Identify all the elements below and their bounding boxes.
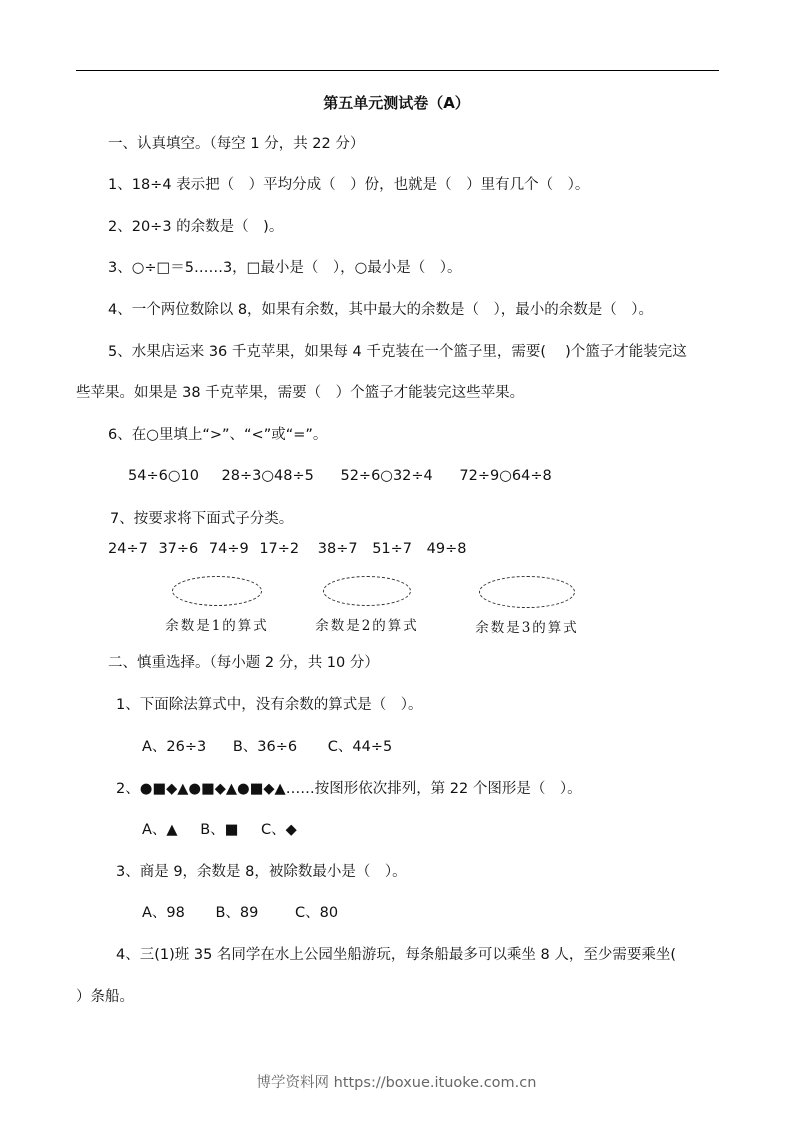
- compare-item: 52÷6○32÷4: [340, 468, 432, 484]
- option-c[interactable]: C、◆: [261, 822, 297, 838]
- question-2-4-line1: 4、三(1)班 35 名同学在水上公园坐船游玩，每条船最多可以乘坐 8 人，至少…: [116, 945, 676, 965]
- option-a[interactable]: A、26÷3: [142, 739, 206, 755]
- option-a[interactable]: A、98: [142, 905, 185, 921]
- expression-item: 38÷7: [318, 541, 358, 557]
- question-2-3-options: A、98 B、89 C、80: [142, 903, 338, 923]
- expression-item: 51÷7: [372, 541, 412, 557]
- section1-heading: 一、认真填空。（每空 1 分，共 22 分）: [108, 134, 364, 154]
- expression-item: 24÷7: [108, 541, 148, 557]
- oval-group-remainder-3: 余数是3的算式: [462, 576, 592, 636]
- question-1-4: 4、一个两位数除以 8，如果有余数，其中最大的余数是（ ），最小的余数是（ ）。: [108, 300, 653, 320]
- oval-label: 余数是3的算式: [462, 616, 592, 636]
- oval-label: 余数是1的算式: [152, 614, 282, 634]
- question-2-2-options: A、▲ B、■ C、◆: [142, 820, 297, 840]
- question-2-4-line2: ）条船。: [76, 987, 134, 1007]
- compare-item: 72÷9○64÷8: [459, 468, 551, 484]
- question-2-2: 2、●■◆▲●■◆▲●■◆▲……按图形依次排列，第 22 个图形是（ ）。: [116, 779, 582, 799]
- expression-item: 49÷8: [427, 541, 467, 557]
- question-1-2: 2、20÷3 的余数是（ )。: [108, 217, 283, 237]
- question-2-1: 1、下面除法算式中，没有余数的算式是（ ）。: [116, 695, 422, 715]
- question-1-3: 3、○÷□＝5……3，□最小是（ ），○最小是（ ）。: [108, 258, 462, 278]
- compare-item: 54÷6○10: [128, 468, 199, 484]
- classification-ovals: 余数是1的算式 余数是2的算式 余数是3的算式: [0, 576, 793, 646]
- header-rule: [76, 70, 719, 71]
- expression-item: 74÷9: [209, 541, 249, 557]
- option-c[interactable]: C、80: [295, 905, 338, 921]
- question-2-3: 3、商是 9，余数是 8，被除数最小是（ ）。: [116, 862, 407, 882]
- oval-group-remainder-1: 余数是1的算式: [152, 576, 282, 634]
- oval-label: 余数是2的算式: [302, 614, 432, 634]
- expression-item: 37÷6: [158, 541, 198, 557]
- oval-group-remainder-2: 余数是2的算式: [302, 576, 432, 634]
- question-1-5-line2: 些苹果。如果是 38 千克苹果，需要（ ）个篮子才能装完这些苹果。: [76, 383, 524, 403]
- answer-oval[interactable]: [172, 576, 262, 606]
- option-b[interactable]: B、89: [215, 905, 258, 921]
- option-b[interactable]: B、■: [200, 822, 238, 838]
- answer-oval[interactable]: [479, 576, 575, 608]
- question-1-5-line1: 5、水果店运来 36 千克苹果，如果每 4 千克装在一个篮子里，需要( )个篮子…: [108, 342, 687, 362]
- question-1-7: 7、按要求将下面式子分类。: [110, 509, 293, 529]
- footer-watermark: 博学资料网 https://boxue.ituoke.com.cn: [0, 1071, 793, 1092]
- page-title: 第五单元测试卷（A）: [0, 92, 793, 113]
- option-b[interactable]: B、36÷6: [233, 739, 297, 755]
- compare-item: 28÷3○48÷5: [222, 468, 314, 484]
- question-1-7-items: 24÷7 37÷6 74÷9 17÷2 38÷7 51÷7 49÷8: [108, 539, 466, 559]
- question-1-6-items: 54÷6○10 28÷3○48÷5 52÷6○32÷4 72÷9○64÷8: [128, 466, 552, 486]
- option-a[interactable]: A、▲: [142, 822, 178, 838]
- question-2-1-options: A、26÷3 B、36÷6 C、44÷5: [142, 737, 392, 757]
- question-1-1: 1、18÷4 表示把（ ）平均分成（ ）份，也就是（ ）里有几个（ ）。: [108, 175, 589, 195]
- expression-item: 17÷2: [259, 541, 299, 557]
- answer-oval[interactable]: [323, 576, 411, 606]
- question-1-6: 6、在○里填上“>”、“<”或“=”。: [108, 425, 327, 445]
- option-c[interactable]: C、44÷5: [328, 739, 392, 755]
- section2-heading: 二、慎重选择。（每小题 2 分，共 10 分）: [108, 653, 379, 673]
